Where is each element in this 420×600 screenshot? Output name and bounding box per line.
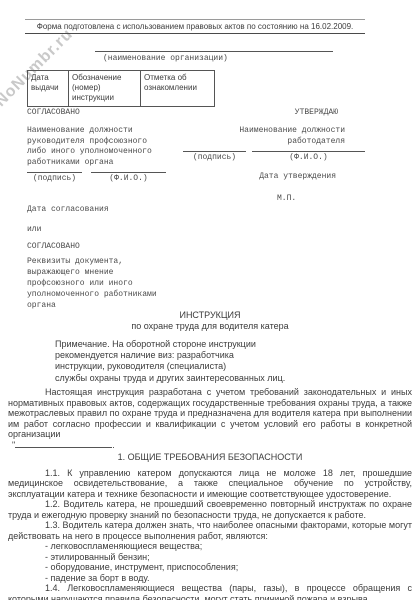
- approved-block: УТВЕРЖДАЮ Наименование должностиработода…: [183, 108, 366, 205]
- agreed-signature-row: (подпись) (Ф.И.О.): [27, 172, 179, 185]
- organization-fill-in-line: ".: [12, 440, 412, 451]
- fill-in-blank: [15, 440, 112, 448]
- spacer: [27, 216, 197, 225]
- section1-hazard-list: - легковоспламеняющиеся вещества;- этили…: [8, 541, 412, 583]
- approved-position-lines: Наименование должностиработодателя: [183, 126, 366, 148]
- organization-name-caption: (наименование организации): [103, 54, 228, 63]
- agreed-block: СОГЛАСОВАНО Наименование должностируково…: [27, 108, 179, 185]
- agreed-position-line: Наименование должности: [27, 126, 179, 137]
- document-title-line1: ИНСТРУКЦИЯ: [0, 310, 420, 321]
- agreed-signature-field: (подпись): [27, 172, 82, 185]
- approved-position-line: Наименование должности: [183, 126, 345, 137]
- document-requisites-line: выражающего мнение: [27, 268, 197, 279]
- agreed-position-lines: Наименование должностируководителя профс…: [27, 126, 179, 169]
- section1-closing-paragraph: 1.4. Легковоспламеняющиеся вещества (пар…: [8, 583, 412, 600]
- issue-table-header-cell: Отметка об ознакомлении: [141, 71, 215, 107]
- document-requisites-line: профсоюзного или иного: [27, 279, 197, 290]
- note-line: инструкции, руководителя (специалиста): [55, 361, 385, 372]
- stamp-place-label: М.П.: [183, 194, 366, 205]
- approved-fullname-field: (Ф.И.О.): [252, 151, 365, 164]
- intro-paragraph: Настоящая инструкция разработана с учето…: [8, 387, 412, 440]
- agreed-fullname-field: (Ф.И.О.): [91, 172, 166, 185]
- note-line: рекомендуется наличие виз: разработчика: [55, 350, 385, 361]
- document-requisites-lines: Реквизиты документа,выражающего мнениепр…: [27, 257, 197, 311]
- section1-paragraph: 1.1. К управлению катером допускаются ли…: [8, 468, 412, 500]
- legal-status-banner: Форма подготовлена с использованием прав…: [25, 19, 365, 34]
- agreement-or-label: или: [27, 225, 197, 236]
- note-line: службы охраны труда и других заинтересов…: [55, 373, 385, 384]
- instruction-issue-table: Дата выдачиОбозначение (номер) инструкци…: [27, 70, 215, 107]
- hazard-list-item: - падение за борт в воду.: [8, 573, 412, 584]
- issue-table-header-cell: Обозначение (номер) инструкции: [69, 71, 141, 107]
- approved-signature-field: (подпись): [183, 151, 246, 164]
- trailing-period-mark: .: [112, 440, 115, 450]
- spacer: [27, 119, 179, 126]
- note-block: Примечание. На оборотной стороне инструк…: [55, 339, 385, 384]
- document-title-line2: по охране труда для водителя катера: [0, 321, 420, 332]
- legal-status-text: Форма подготовлена с использованием прав…: [37, 22, 354, 31]
- hazard-list-item: - этилированный бензин;: [8, 552, 412, 563]
- approved-position-line: работодателя: [183, 137, 345, 148]
- document-page: NoNumbr.ru Форма подготовлена с использо…: [0, 0, 420, 600]
- agreed-status-label: СОГЛАСОВАНО: [27, 108, 179, 119]
- approval-date-label: Дата утверждения: [183, 172, 366, 183]
- document-requisites-line: Реквизиты документа,: [27, 257, 197, 268]
- organization-name-line: (наименование организации): [95, 51, 333, 63]
- agreement-date-label: Дата согласования: [27, 205, 197, 216]
- note-line: Примечание. На оборотной стороне инструк…: [55, 339, 385, 350]
- section1-paragraph: 1.2. Водитель катера, не прошедший своев…: [8, 499, 412, 520]
- approved-status-label: УТВЕРЖДАЮ: [183, 108, 366, 119]
- approved-signature-row: (подпись) (Ф.И.О.): [183, 151, 366, 164]
- document-requisites-line: уполномоченного работниками: [27, 290, 197, 301]
- document-title: ИНСТРУКЦИЯ по охране труда для водителя …: [0, 310, 420, 333]
- agreement-alternative-block: Дата согласования или СОГЛАСОВАНО Реквиз…: [27, 205, 197, 311]
- section1-paragraphs: 1.1. К управлению катером допускаются ли…: [8, 468, 412, 542]
- issue-table-header-cell: Дата выдачи: [28, 71, 69, 107]
- spacer: [183, 119, 366, 126]
- agreed-position-line: работниками органа: [27, 158, 179, 169]
- hazard-list-item: - оборудование, инструмент, приспособлен…: [8, 562, 412, 573]
- agreed-position-line: либо иного уполномоченного: [27, 147, 179, 158]
- section1-heading: 1. ОБЩИЕ ТРЕБОВАНИЯ БЕЗОПАСНОСТИ: [8, 452, 412, 463]
- agreed-status-label-2: СОГЛАСОВАНО: [27, 242, 197, 253]
- hazard-list-item: - легковоспламеняющиеся вещества;: [8, 541, 412, 552]
- issue-table-header-row: Дата выдачиОбозначение (номер) инструкци…: [28, 71, 215, 107]
- section1-paragraph: 1.3. Водитель катера должен знать, что н…: [8, 520, 412, 541]
- instruction-body: Настоящая инструкция разработана с учето…: [8, 387, 412, 600]
- agreed-position-line: руководителя профсоюзного: [27, 137, 179, 148]
